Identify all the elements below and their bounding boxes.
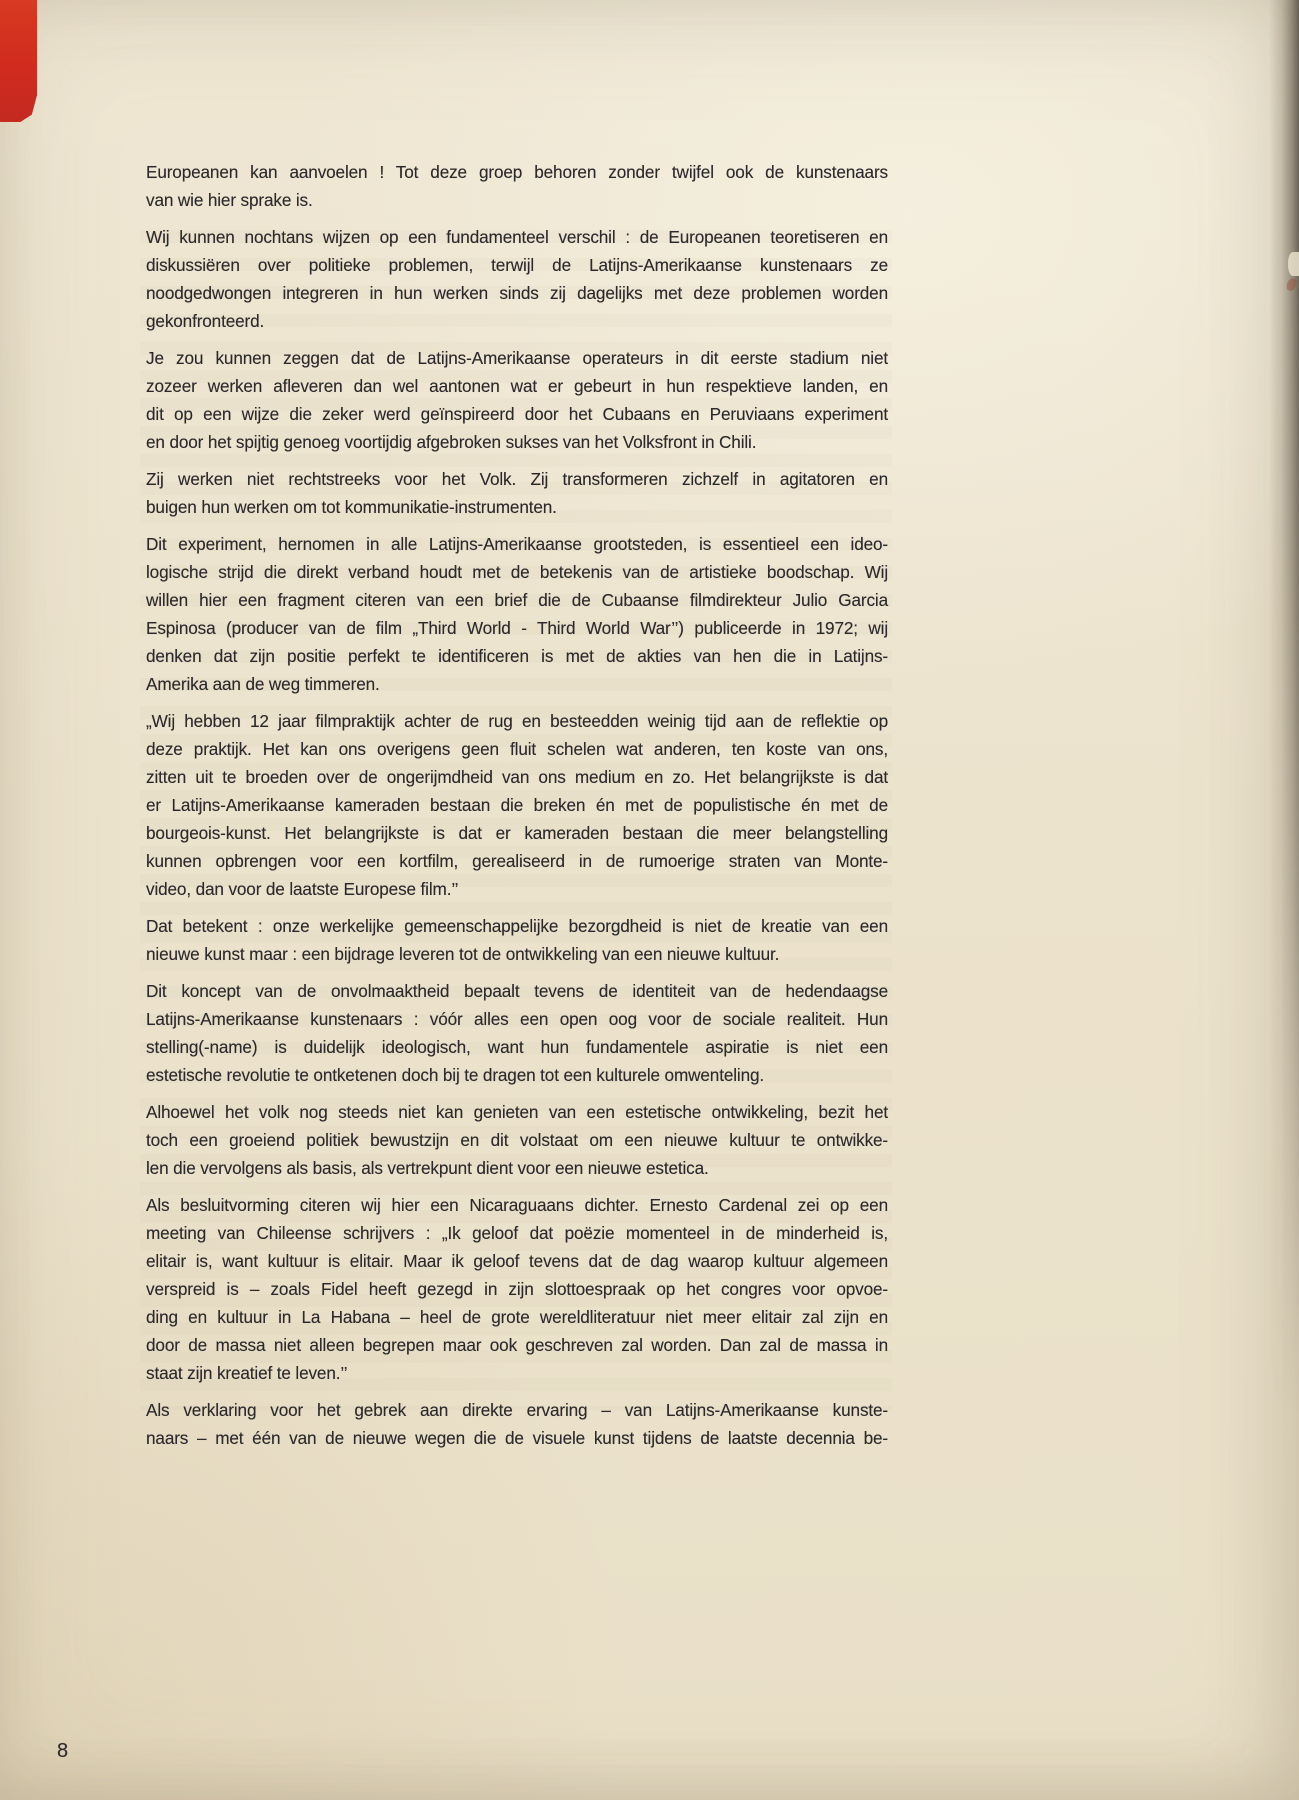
text-line: Als verklaring voor het gebrek aan direk… bbox=[146, 1396, 888, 1424]
text-line: toch een groeiend politiek bewustzijn en… bbox=[146, 1126, 888, 1154]
text-line: len die vervolgens als basis, als vertre… bbox=[146, 1154, 888, 1182]
text-line: Wij kunnen nochtans wijzen op een fundam… bbox=[146, 223, 888, 251]
text-line: diskussiëren over politieke problemen, t… bbox=[146, 251, 888, 279]
paragraph: Als besluitvorming citeren wij hier een … bbox=[146, 1191, 888, 1387]
text-line: stelling(-name) is duidelijk ideologisch… bbox=[146, 1033, 888, 1061]
text-line: „Wij hebben 12 jaar filmpraktijk achter … bbox=[146, 707, 888, 735]
text-line: er Latijns-Amerikaanse kameraden bestaan… bbox=[146, 791, 888, 819]
text-line: Je zou kunnen zeggen dat de Latijns-Amer… bbox=[146, 344, 888, 372]
text-line: dit op een wijze die zeker werd geïnspir… bbox=[146, 400, 888, 428]
text-line: meeting van Chileense schrijvers : „Ik g… bbox=[146, 1219, 888, 1247]
text-line: Dit koncept van de onvolmaaktheid bepaal… bbox=[146, 977, 888, 1005]
text-line: denken dat zijn positie perfekt te ident… bbox=[146, 642, 888, 670]
text-line: zozeer werken afleveren dan wel aantonen… bbox=[146, 372, 888, 400]
text-line: door de massa niet alleen begrepen maar … bbox=[146, 1331, 888, 1359]
text-line: Zij werken niet rechtstreeks voor het Vo… bbox=[146, 465, 888, 493]
page-edge-notch bbox=[1288, 252, 1299, 276]
body-text: Europeanen kan aanvoelen ! Tot deze groe… bbox=[146, 158, 888, 1461]
text-line: gekonfronteerd. bbox=[146, 307, 888, 335]
paragraph: Dat betekent : onze werkelijke gemeensch… bbox=[146, 912, 888, 968]
text-line: kunnen opbrengen voor een kortfilm, gere… bbox=[146, 847, 888, 875]
paragraph: Als verklaring voor het gebrek aan direk… bbox=[146, 1396, 888, 1452]
paragraph: Je zou kunnen zeggen dat de Latijns-Amer… bbox=[146, 344, 888, 456]
paragraph: Wij kunnen nochtans wijzen op een fundam… bbox=[146, 223, 888, 335]
text-line: ding en kultuur in La Habana – heel de g… bbox=[146, 1303, 888, 1331]
text-line: elitair is, want kultuur is elitair. Maa… bbox=[146, 1247, 888, 1275]
red-edge-strip bbox=[0, 0, 37, 122]
page-edge-shadow bbox=[1269, 0, 1299, 1520]
text-line: verspreid is – zoals Fidel heeft gezegd … bbox=[146, 1275, 888, 1303]
book-page: Europeanen kan aanvoelen ! Tot deze groe… bbox=[0, 0, 1299, 1800]
text-line: estetische revolutie te ontketenen doch … bbox=[146, 1061, 888, 1089]
paragraph: „Wij hebben 12 jaar filmpraktijk achter … bbox=[146, 707, 888, 903]
text-line: video, dan voor de laatste Europese film… bbox=[146, 875, 888, 903]
text-line: buigen hun werken om tot kommunikatie-in… bbox=[146, 493, 888, 521]
text-line: Dit experiment, hernomen in alle Latijns… bbox=[146, 530, 888, 558]
text-line: van wie hier sprake is. bbox=[146, 186, 888, 214]
page-number: 8 bbox=[57, 1738, 68, 1764]
text-line: en door het spijtig genoeg voortijdig af… bbox=[146, 428, 888, 456]
text-line: Alhoewel het volk nog steeds niet kan ge… bbox=[146, 1098, 888, 1126]
text-line: logische strijd die direkt verband houdt… bbox=[146, 558, 888, 586]
paragraph: Dit experiment, hernomen in alle Latijns… bbox=[146, 530, 888, 698]
text-line: willen hier een fragment citeren van een… bbox=[146, 586, 888, 614]
text-line: nieuwe kunst maar : een bijdrage leveren… bbox=[146, 940, 888, 968]
text-line: Europeanen kan aanvoelen ! Tot deze groe… bbox=[146, 158, 888, 186]
paragraph: Alhoewel het volk nog steeds niet kan ge… bbox=[146, 1098, 888, 1182]
paragraph: Europeanen kan aanvoelen ! Tot deze groe… bbox=[146, 158, 888, 214]
text-line: naars – met één van de nieuwe wegen die … bbox=[146, 1424, 888, 1452]
text-line: Amerika aan de weg timmeren. bbox=[146, 670, 888, 698]
text-line: Latijns-Amerikaanse kunstenaars : vóór a… bbox=[146, 1005, 888, 1033]
text-line: Als besluitvorming citeren wij hier een … bbox=[146, 1191, 888, 1219]
text-line: bourgeois-kunst. Het belangrijkste is da… bbox=[146, 819, 888, 847]
text-line: staat zijn kreatief te leven.’’ bbox=[146, 1359, 888, 1387]
text-line: deze praktijk. Het kan ons overigens gee… bbox=[146, 735, 888, 763]
text-line: Dat betekent : onze werkelijke gemeensch… bbox=[146, 912, 888, 940]
paragraph: Zij werken niet rechtstreeks voor het Vo… bbox=[146, 465, 888, 521]
paragraph: Dit koncept van de onvolmaaktheid bepaal… bbox=[146, 977, 888, 1089]
text-line: zitten uit te broeden over de ongerijmdh… bbox=[146, 763, 888, 791]
text-line: noodgedwongen integreren in hun werken s… bbox=[146, 279, 888, 307]
text-line: Espinosa (producer van de film „Third Wo… bbox=[146, 614, 888, 642]
